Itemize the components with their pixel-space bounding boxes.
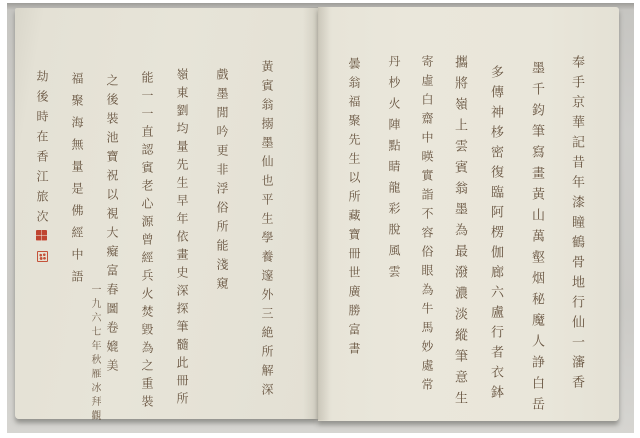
- seal-stamp-icon: [37, 251, 48, 262]
- calligraphy-column: 黃賓翁搦墨仙也平生學養邃外三絶所解深: [261, 60, 273, 402]
- calligraphy-column: 能一一直認賓老心源曾經兵火焚毀為之重裝: [141, 71, 153, 413]
- calligraphy-column: 戲墨閒吟更非浮俗所能淺窺: [216, 68, 228, 296]
- calligraphy-photo-frame: 黃賓翁搦墨仙也平生學養邃外三絶所解深 戲墨閒吟更非浮俗所能淺窺 嶺東劉均量先生早…: [0, 0, 640, 438]
- calligraphy-column: 曇翁福聚先生以所藏寶冊世廣勝富書: [348, 57, 360, 361]
- calligraphy-column: 嶺東劉均量先生早年依畫史深探筆髓此冊所: [176, 68, 188, 410]
- calligraphy-column: 攜將嶺上雲賓翁墨為最潑濃淡縱筆意生: [453, 55, 466, 412]
- calligraphy-column: 奉手京華記昔年漆瞳鶴骨地行仙一瀋香: [570, 55, 583, 395]
- calligraphy-column: 劫後時在香江旅次: [36, 70, 48, 230]
- calligraphy-column: 福聚海無量是佛經中語: [71, 72, 83, 292]
- seal-stamp-icon: [36, 230, 47, 241]
- right-page: 奉手京華記昔年漆瞳鶴骨地行仙一瀋香 墨千鈞筆寫畫黃山萬壑烟秘魔人諍白岳 多傳神栘…: [318, 7, 619, 421]
- calligraphy-column: 多傳神栘密復臨阿楞伽廊六盧行者衣鉢: [489, 65, 502, 405]
- calligraphy-column: 之後裝池寶祝以視大癡富春圖卷媲美: [106, 74, 118, 378]
- left-page: 黃賓翁搦墨仙也平生學養邃外三絶所解深 戲墨閒吟更非浮俗所能淺窺 嶺東劉均量先生早…: [15, 8, 318, 419]
- calligraphy-column: 寄虛白齋中暎實詣不容俗眼為牛馬妙處常: [421, 55, 433, 397]
- date-signature-column: 一九六七年秋雁冰拜觀: [89, 284, 99, 424]
- calligraphy-column: 墨千鈞筆寫畫黃山萬壑烟秘魔人諍白岳: [530, 61, 543, 418]
- calligraphy-column: 丹杪火陣點睛龍彩脫風雲: [388, 55, 400, 286]
